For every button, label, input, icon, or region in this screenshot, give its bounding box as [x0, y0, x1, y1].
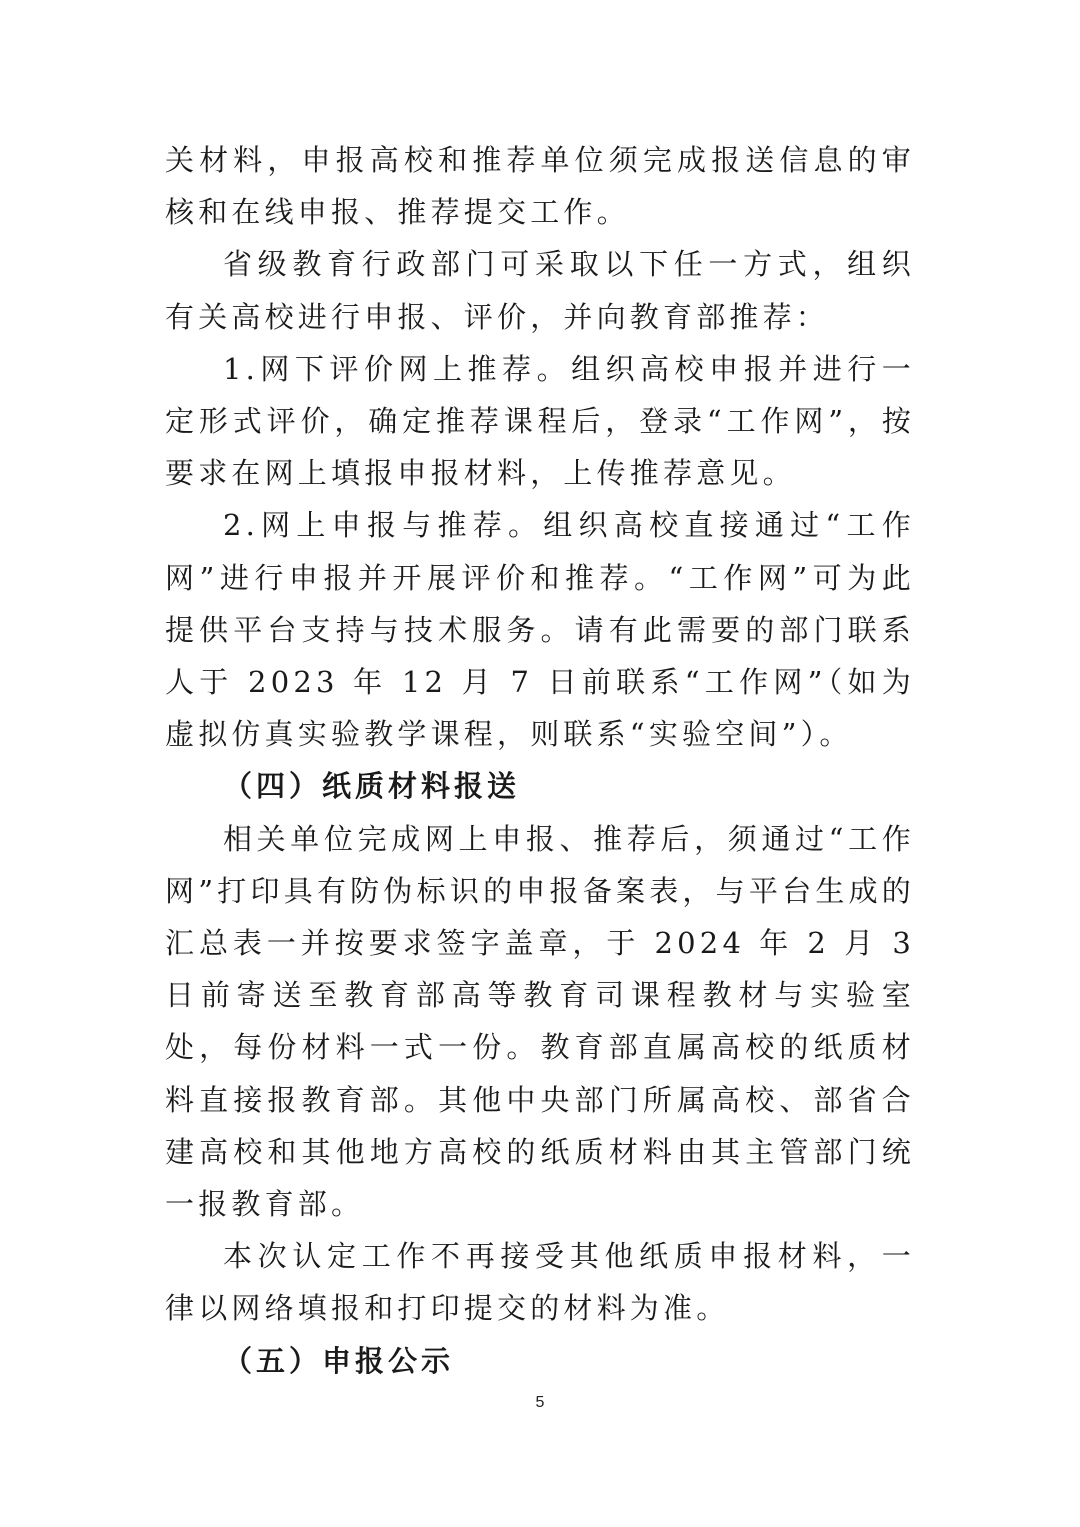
paragraph-paper-submission: 相关单位完成网上申报、推荐后，须通过“工作网”打印具有防伪标识的申报备案表，与平… [165, 813, 915, 1231]
section-heading-paper-materials: （四）纸质材料报送 [165, 760, 915, 812]
paragraph-method-2: 2.网上申报与推荐。组织高校直接通过“工作网”进行申报并开展评价和推荐。“工作网… [165, 499, 915, 760]
paragraph-provincial-methods: 省级教育行政部门可采取以下任一方式，组织有关高校进行申报、评价，并向教育部推荐： [165, 238, 915, 342]
paragraph-method-1: 1.网下评价网上推荐。组织高校申报并进行一定形式评价，确定推荐课程后，登录“工作… [165, 343, 915, 500]
page-number: 5 [0, 1394, 1080, 1412]
section-heading-publicity: （五）申报公示 [165, 1335, 915, 1387]
document-page: 关材料，申报高校和推荐单位须完成报送信息的审核和在线申报、推荐提交工作。 省级教… [165, 134, 915, 1387]
paragraph-no-other-materials: 本次认定工作不再接受其他纸质申报材料，一律以网络填报和打印提交的材料为准。 [165, 1230, 915, 1334]
paragraph-continuation: 关材料，申报高校和推荐单位须完成报送信息的审核和在线申报、推荐提交工作。 [165, 134, 915, 238]
